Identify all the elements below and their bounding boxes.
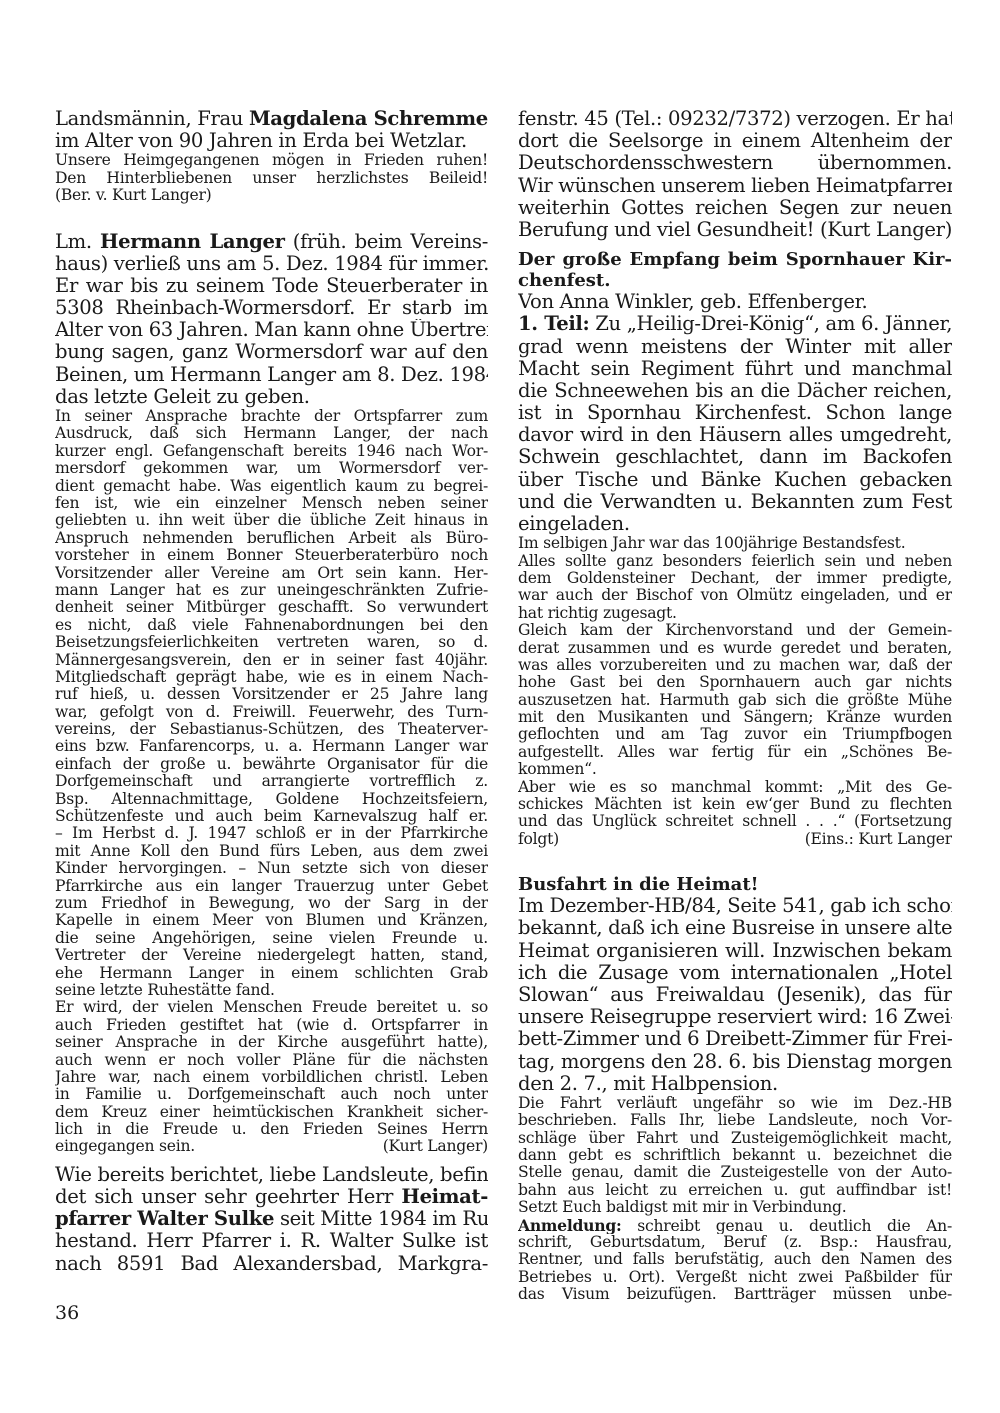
text-line: davor wird in den Häusern alles umgedreh… — [518, 424, 952, 446]
article-title: Busfahrt in die Heimat! — [518, 874, 952, 895]
text-line: Dorfgemeinschaft und arrangierte vortref… — [55, 773, 488, 790]
text-line: über Tische und Bänke Kuchen gebacken — [518, 469, 952, 491]
article-sulke-continued: fenstr. 45 (Tel.: 09232/7372) verzogen. … — [518, 108, 952, 241]
text-line: aufgestellt. Alles war fertig für ein „S… — [518, 744, 952, 761]
text-line: schickes Mächten ist kein ew‘ger Bund zu… — [518, 796, 952, 813]
article-author: Von Anna Winkler, geb. Effenberger. — [518, 291, 952, 313]
text-line: Vorsitzender aller Vereine am Ort sein k… — [55, 565, 488, 582]
left-column: Landsmännin, Frau Magdalena Schremmer, i… — [55, 108, 488, 1275]
text-line: das letzte Geleit zu geben. — [55, 386, 488, 408]
signature: (Kurt Langer) — [383, 1138, 488, 1155]
text-line: zum Friedhof in Bewegung, wo der Sarg in… — [55, 895, 488, 912]
text-line: im Alter von 90 Jahren in Erda bei Wetzl… — [55, 130, 488, 152]
text-line: Er wird, der vielen Menschen Freude bere… — [55, 999, 488, 1016]
text-line: Im selbigen Jahr war das 100jährige Best… — [518, 535, 952, 552]
text-line: Heimat organisieren will. Inzwischen bek… — [518, 940, 952, 962]
text-line: dem Goldensteiner Dechant, der immer pre… — [518, 570, 952, 587]
text-line: derat zusammen und es wurde geredet und … — [518, 640, 952, 657]
text-line: ruf hieß, u. dessen Vorsitzender er 25 J… — [55, 686, 488, 703]
text-line: lich in die Freude u. den Frieden Seines… — [55, 1121, 488, 1138]
text-line: Anmeldung: schreibt genau u. deutlich di… — [518, 1217, 952, 1234]
text-line: kurzer engl. Gefangenschaft bereits 1946… — [55, 443, 488, 460]
text-line: Bsp. Altennachmittage, Goldene Hochzeits… — [55, 791, 488, 808]
text-line: Kapelle in einem Meer von Blumen und Krä… — [55, 912, 488, 929]
text-line: 1. Teil: Zu „Heilig-Drei-König“, am 6. J… — [518, 313, 952, 335]
text-line: unsere Reisegruppe reserviert wird: 16 Z… — [518, 1006, 952, 1028]
text-line: was alles vorzubereiten und zu machen wa… — [518, 657, 952, 674]
text-line: grad wenn meistens der Winter mit aller — [518, 336, 952, 358]
text-line: war, gefolgt von d. Freiwill. Feuerwehr,… — [55, 704, 488, 721]
text-line: bahn aus leicht zu erreichen u. gut auff… — [518, 1182, 952, 1199]
article-title: chenfest. — [518, 270, 952, 291]
text-line: mit den Musikanten und Sängern; Kränze w… — [518, 709, 952, 726]
text-line: mit Änne Koll den Bund fürs Leben, aus d… — [55, 843, 488, 860]
text-line: folgt)(Eins.: Kurt Langer — [518, 831, 952, 848]
text-line: Im Dezember-HB/84, Seite 541, gab ich sc… — [518, 895, 952, 917]
text-line: eingegangen sein.(Kurt Langer) — [55, 1138, 488, 1155]
text-line: Anspruch nehmenden beruflichen Arbeit al… — [55, 530, 488, 547]
text-line: Jahre war, nach einem vorbildlichen chri… — [55, 1069, 488, 1086]
article-busfahrt: Busfahrt in die Heimat! Im Dezember-HB/8… — [518, 874, 952, 1303]
text-line: die Schneewehen bis an die Dächer reiche… — [518, 380, 952, 402]
text-line: dient gemacht habe. Was eigentlich kaum … — [55, 478, 488, 495]
right-column: fenstr. 45 (Tel.: 09232/7372) verzogen. … — [518, 108, 952, 1304]
text-line: nach 8591 Bad Alexandersbad, Markgra- — [55, 1253, 488, 1275]
text-line: und das Unglück schreitet schnell . . .“… — [518, 813, 952, 830]
text-line: auch Frieden gestiftet hat (wie d. Ortsp… — [55, 1017, 488, 1034]
text-line: bung sagen, ganz Wormersdorf war auf den — [55, 341, 488, 363]
text-line: auch wenn er noch voller Pläne für die n… — [55, 1052, 488, 1069]
text-line: Wie bereits berichtet, liebe Landsleute,… — [55, 1164, 488, 1186]
page-number: 36 — [55, 1302, 79, 1324]
text-line: mersdorf gekommen war, um Wormersdorf ve… — [55, 460, 488, 477]
text-line: Landsmännin, Frau Magdalena Schremmer, — [55, 108, 488, 130]
text-line: hohe Gast bei den Spornhauern auch gar n… — [518, 674, 952, 691]
text-line: fenstr. 45 (Tel.: 09232/7372) verzogen. … — [518, 108, 952, 130]
text-line: schrift, Geburtsdatum, Beruf (z. Bsp.: H… — [518, 1234, 952, 1251]
text-line: schläge über Fahrt und Zusteigemöglichke… — [518, 1130, 952, 1147]
text-line: Gleich kam der Kirchenvorstand und der G… — [518, 622, 952, 639]
text-line: dann gebt es schriftlich bekannt u. beze… — [518, 1147, 952, 1164]
text-line: seine letzte Ruhestätte fand. — [55, 982, 488, 999]
text-line: ehe Hermann Langer in einem schlichten G… — [55, 965, 488, 982]
text-line: fen ist, wie ein einzelner Mensch neben … — [55, 495, 488, 512]
text-line: war auch der Bischof von Olmütz eingelad… — [518, 587, 952, 604]
text-line: Mitgliedschaft geprägt habe, wie es in e… — [55, 669, 488, 686]
text-line: Den Hinterbliebenen unser herzlichstes B… — [55, 170, 488, 187]
text-line: Rentner, und falls berufstätig, auch den… — [518, 1251, 952, 1268]
text-line: geliebten u. ihn weit über die übliche Z… — [55, 512, 488, 529]
text-line: Kinder hervorgingen. – Nun setzte sich v… — [55, 860, 488, 877]
text-line: eins bzw. Fanfarencorps, u. a. Hermann L… — [55, 738, 488, 755]
text-line: seiner Ansprache in der Kirche ausgeführ… — [55, 1034, 488, 1051]
text-line: den 2. 7., mit Halbpension. — [518, 1073, 952, 1095]
text-line: Setzt Euch baldigst mit mir in Verbindun… — [518, 1199, 952, 1216]
text-line: Ausdruck, daß sich Hermann Langer, der n… — [55, 425, 488, 442]
text-line: Vertreter der Vereine niedergelegt hatte… — [55, 947, 488, 964]
text-line: Macht sein Regiment führt und manchmal — [518, 358, 952, 380]
text-line: und die Verwandten u. Bekannten zum Fest — [518, 491, 952, 513]
text-line: in Familie u. Dorfgemeinschaft auch noch… — [55, 1086, 488, 1103]
text-line: die seine Angehörigen, seine vielen Freu… — [55, 930, 488, 947]
text-line: beschrieben. Falls Ihr, liebe Landsleute… — [518, 1112, 952, 1129]
text-line: pfarrer Walter Sulke seit Mitte 1984 im … — [55, 1208, 488, 1230]
text-line: hat richtig zugesagt. — [518, 605, 952, 622]
text-line: denheit seiner Mitbürger geschafft. So v… — [55, 599, 488, 616]
text-line: Slowan“ aus Freiwaldau (Jesenik), das fü… — [518, 984, 952, 1006]
text-line: Männergesangsverein, den er in seiner fa… — [55, 652, 488, 669]
obituary-langer: Lm. Hermann Langer (früh. beim Vereins- … — [55, 231, 488, 1156]
text-line: – Im Herbst d. J. 1947 schloß er in der … — [55, 825, 488, 842]
text-line: weiterhin Gottes reichen Segen zur neuen — [518, 197, 952, 219]
text-line: In seiner Ansprache brachte der Ortspfar… — [55, 408, 488, 425]
text-line: (Ber. v. Kurt Langer) — [55, 187, 488, 204]
text-line: Lm. Hermann Langer (früh. beim Vereins- — [55, 231, 488, 253]
text-line: Alter von 63 Jahren. Man kann ohne Übert… — [55, 319, 488, 341]
text-line: Schützenfeste und auch beim Karnevalszug… — [55, 808, 488, 825]
text-line: bekannt, daß ich eine Busreise in unsere… — [518, 917, 952, 939]
article-sulke: Wie bereits berichtet, liebe Landsleute,… — [55, 1164, 488, 1275]
text-line: das Visum beizufügen. Bartträger müssen … — [518, 1286, 952, 1303]
text-line: haus) verließ uns am 5. Dez. 1984 für im… — [55, 253, 488, 275]
text-line: Stelle genau, damit die Zusteigestelle v… — [518, 1164, 952, 1181]
text-line: Alles sollte ganz besonders feierlich se… — [518, 553, 952, 570]
text-line: Unsere Heimgegangenen mögen in Frieden r… — [55, 152, 488, 169]
text-line: Wir wünschen unserem lieben Heimatpfarre… — [518, 175, 952, 197]
article-title: Der große Empfang beim Spornhauer Kir- — [518, 249, 952, 270]
text-line: eingeladen. — [518, 513, 952, 535]
text-line: Er war bis zu seinem Tode Steuerberater … — [55, 275, 488, 297]
obituary-schremmer: Landsmännin, Frau Magdalena Schremmer, i… — [55, 108, 488, 205]
text-line: Schwein geschlachtet, dann im Backofen — [518, 446, 952, 468]
text-line: Deutschordensschwestern übernommen. — [518, 152, 952, 174]
text-line: ist in Spornhau Kirchenfest. Schon lange — [518, 402, 952, 424]
article-empfang: Der große Empfang beim Spornhauer Kir- c… — [518, 249, 952, 848]
text-line: det sich unser sehr geehrter Herr Heimat… — [55, 1186, 488, 1208]
text-line: es nicht, daß viele Fahnenabordnungen be… — [55, 617, 488, 634]
text-line: vorsteher in einem Bonner Steuerberaterb… — [55, 547, 488, 564]
text-line: bett-Zimmer und 6 Dreibett-Zimmer für Fr… — [518, 1028, 952, 1050]
text-line: Pfarrkirche aus ein langer Trauerzug unt… — [55, 878, 488, 895]
text-line: dort die Seelsorge in einem Altenheim de… — [518, 130, 952, 152]
text-line: mann Langer hat es zur uneingeschränkten… — [55, 582, 488, 599]
text-line: geflochten und am Tag zuvor ein Triumpfb… — [518, 726, 952, 743]
text-line: Beisetzungsfeierlichkeiten vertreten war… — [55, 634, 488, 651]
text-line: tag, morgens den 28. 6. bis Dienstag mor… — [518, 1051, 952, 1073]
text-line: ich die Zusage vom internationalen „Hote… — [518, 962, 952, 984]
text-line: Aber wie es so manchmal kommt: „Mit des … — [518, 779, 952, 796]
text-line: vereins, der Sebastianus-Schützen, des T… — [55, 721, 488, 738]
text-line: hestand. Herr Pfarrer i. R. Walter Sulke… — [55, 1230, 488, 1252]
text-line: kommen“. — [518, 761, 952, 778]
text-line: Betriebes u. Ort). Vergeßt nicht zwei Pa… — [518, 1269, 952, 1286]
text-line: Die Fahrt verläuft ungefähr so wie im De… — [518, 1095, 952, 1112]
text-line: einfach der große u. bewährte Organisato… — [55, 756, 488, 773]
text-line: 5308 Rheinbach-Wormersdorf. Er starb im — [55, 297, 488, 319]
signature: (Eins.: Kurt Langer — [805, 831, 952, 848]
text-line: Berufung und viel Gesundheit! (Kurt Lang… — [518, 219, 952, 241]
text-line: Beinen, um Hermann Langer am 8. Dez. 198… — [55, 364, 488, 386]
text-line: dem Kreuz einer heimtückischen Krankheit… — [55, 1104, 488, 1121]
text-line: auszusetzen hat. Harmuth gab sich die gr… — [518, 692, 952, 709]
